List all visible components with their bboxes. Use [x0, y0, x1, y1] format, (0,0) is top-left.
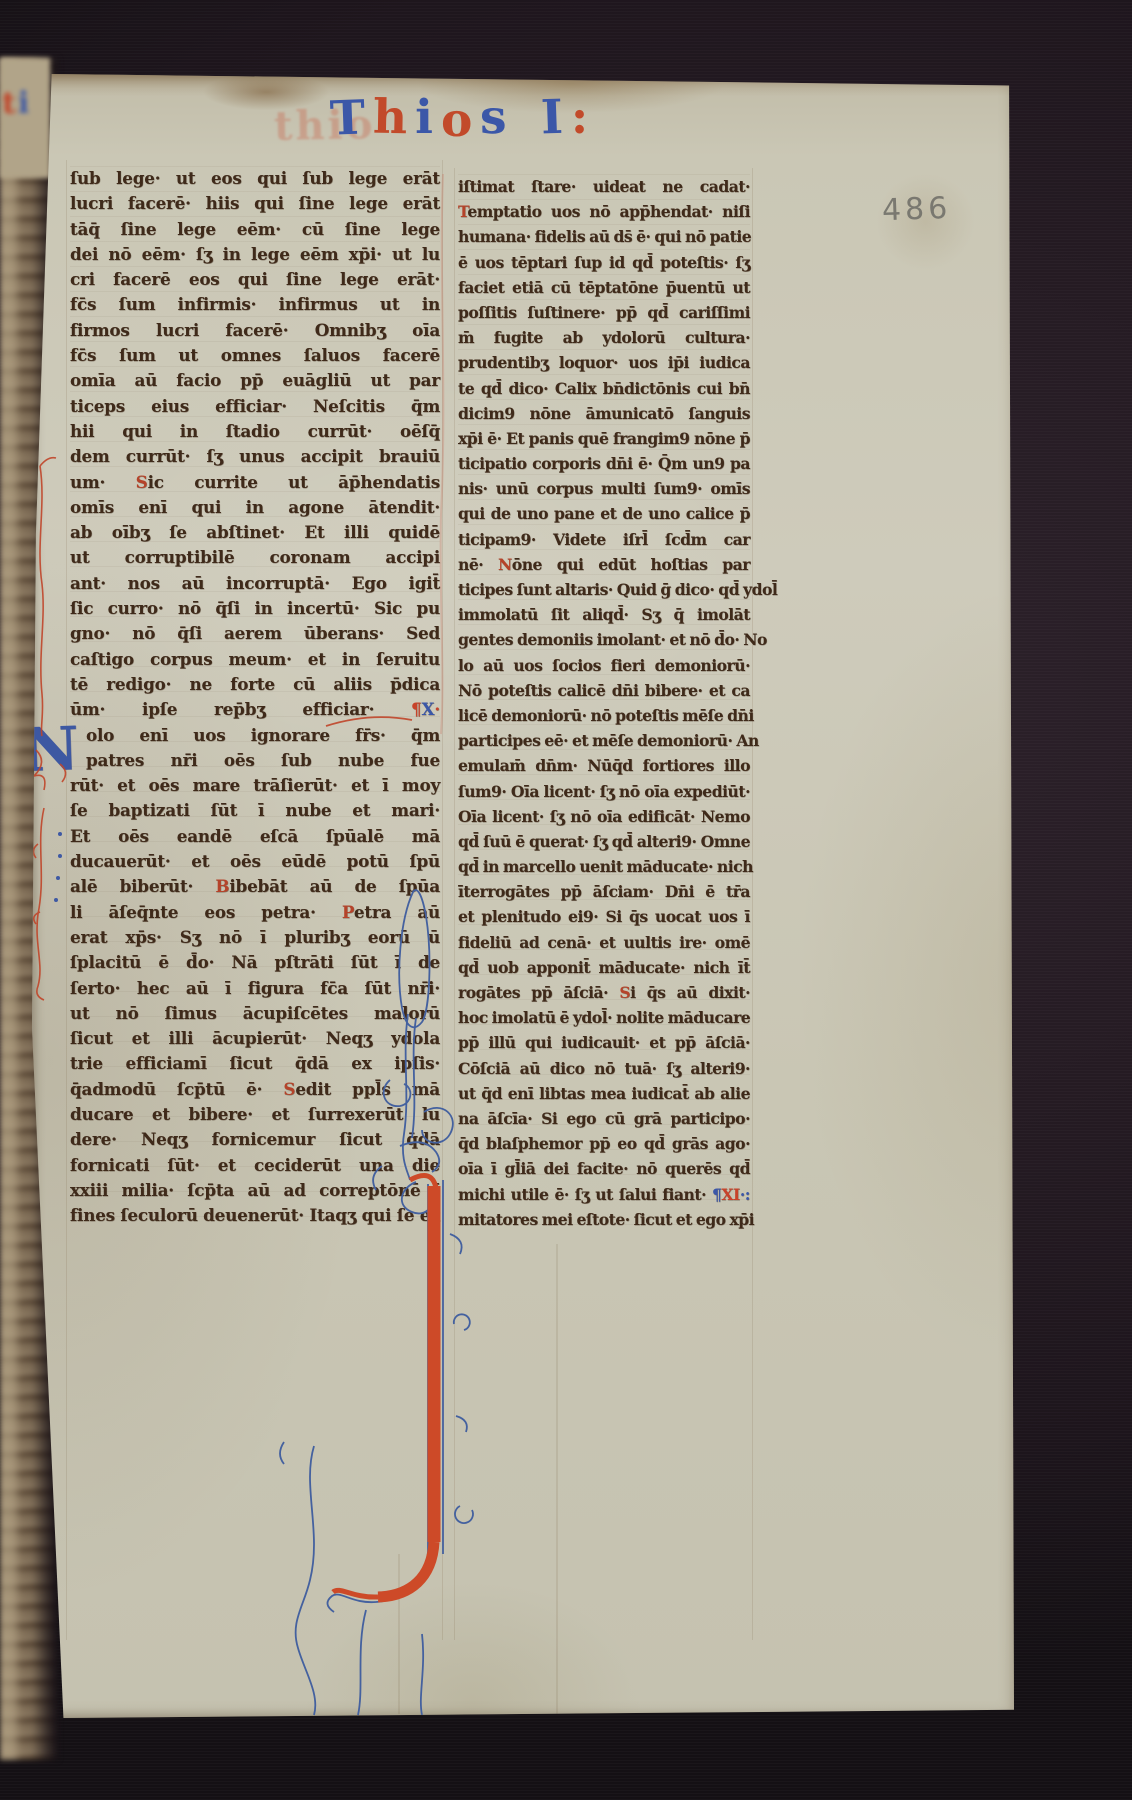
manuscript-line: ticipam9· Videte iſrl̄ ſcd̄m car: [458, 527, 750, 552]
manuscript-line: nis· unū corpus multi ſum9· omīs: [458, 476, 750, 501]
manuscript-line: immolatū ſit aliqd̄· Sʒ q̄ imolāt: [458, 602, 750, 627]
manuscript-line: alē biberūt· Bibebāt aū de ſpūa: [70, 874, 440, 899]
running-title-letter: :: [571, 90, 592, 145]
ruling-line: [442, 160, 443, 1640]
manuscript-line: rogātes pp̄ āſciā· Si q̄s aū dixit·: [458, 980, 750, 1005]
manuscript-line: fc̄s ſum infirmis· infirmus ut in: [70, 292, 440, 317]
manuscript-line: hoc imolatū ē ydol̄· nolite māducare: [458, 1005, 750, 1030]
manuscript-line: ūm· ipſe rep̄bʒ efficiar· ¶X·: [70, 697, 440, 722]
manuscript-line: ut nō ſimus ācupiſcētes malorū: [70, 1001, 440, 1026]
manuscript-line: dicim9 nōne āmunicatō ſanguis: [458, 401, 750, 426]
manuscript-line: lucri facerē· hiis qui ſine lege erāt: [70, 191, 440, 216]
manuscript-line: mitatores mei eſtote· ſicut et ego xp̄i: [458, 1207, 750, 1232]
manuscript-line: tāq̄ ſine lege eēm· cū ſine lege: [70, 217, 440, 242]
running-title-letter: h: [373, 90, 412, 146]
manuscript-photo: ti thio Thios I: 486 ſub lege· ut eos qu…: [0, 0, 1132, 1800]
manuscript-line: erat xp̄s· Sʒ nō ī pluribʒ eorū ū: [70, 925, 440, 950]
running-title-letter: i: [415, 90, 437, 145]
facing-page-rubric-blur: ti: [2, 86, 31, 121]
manuscript-line: Et oēs eandē eſcā ſpūalē mā: [70, 824, 440, 849]
text-column-right: iſtimat ſtare· uideat ne cadat·Temptatio…: [458, 174, 750, 1232]
manuscript-line: fc̄s ſum ut omnes ſaluos facerē: [70, 343, 440, 368]
manuscript-line: prudentibʒ loquor· uos ip̄i iudica: [458, 350, 750, 375]
manuscript-line: Nō poteſtis calicē dn̄i bibere· et ca: [458, 678, 750, 703]
manuscript-line: m̄ fugite ab ydolorū cultura·: [458, 325, 750, 350]
manuscript-line: caſtigo corpus meum· et in ſeruitu: [70, 647, 440, 672]
manuscript-line: ducauerūt· et oēs eūdē potū ſpū: [70, 849, 440, 874]
running-title-letter: I: [540, 90, 568, 146]
manuscript-line: fines ſeculorū deuenerūt· Itaqʒ qui ſe e…: [70, 1203, 440, 1228]
left-margin-blue-dots: [54, 832, 62, 902]
manuscript-line: ant· nos aū incorruptā· Ego igit̄: [70, 571, 440, 596]
manuscript-line: ticeps eius efficiar· Neſcitis q̄m: [70, 394, 440, 419]
manuscript-line: q̄d blaſphemor pp̄ eo qd̄ grās ago·: [458, 1131, 750, 1156]
ruling-line: [66, 160, 67, 1640]
manuscript-line: Cōſciā aū dico nō tuā· ſʒ alteri9·: [458, 1056, 750, 1081]
running-title-letter: s: [480, 90, 511, 146]
running-title: Thios I:: [330, 90, 596, 145]
manuscript-line: emulam̄ dn̄m· Nūq̄d fortiores illo: [458, 753, 750, 778]
manuscript-line: xxiii milia· ſcp̄ta aū ad correptōnē ī: [70, 1178, 440, 1203]
folio-number: 486: [881, 191, 951, 228]
running-title-letter: o: [441, 93, 476, 148]
manuscript-line: trie efficiamī ſicut q̄dā ex ipſis·: [70, 1051, 440, 1076]
ruling-line: [454, 168, 455, 1640]
manuscript-line: oīa ī gl̄iā dei facite· nō querēs qd̄: [458, 1156, 750, 1181]
manuscript-line: omīs enī qui in agone ātendit·: [70, 495, 440, 520]
text-column-left: ſub lege· ut eos qui ſub lege erātlucri …: [70, 166, 440, 1228]
manuscript-line: hii qui in ſtadio currūt· oēſq̄: [70, 419, 440, 444]
manuscript-line: qui de uno pane et de uno calice p̄: [458, 501, 750, 526]
manuscript-line: gentes demoniis imolant· et nō d̄o· No: [458, 627, 750, 652]
manuscript-line: ſum9· Oīa licent· ſʒ nō oīa expediūt·: [458, 779, 750, 804]
manuscript-line: rūt· et oēs mare trāſierūt· et ī moy: [70, 773, 440, 798]
manuscript-line: dei nō eēm· ſʒ in lege eēm xp̄i· ut lu: [70, 242, 440, 267]
manuscript-line: et plenitudo ei9· Si q̄s uocat uos ī: [458, 904, 750, 929]
manuscript-line: ducare et bibere· et ſurrexerūt lu: [70, 1102, 440, 1127]
manuscript-line: q̄admodū ſcp̄tū ē· Sedit ppl̄s mā: [70, 1077, 440, 1102]
manuscript-line: michi utile ē· ſʒ ut ſalui fiant· ¶XI·:: [458, 1182, 750, 1207]
manuscript-line: qd̄ uob apponit̄ māducate· nich īt̄: [458, 955, 750, 980]
manuscript-line: ticipes ſunt altaris· Quid ḡ dico· qd̄ y…: [458, 577, 750, 602]
manuscript-line: fornicati ſūt· et ceciderūt una die: [70, 1153, 440, 1178]
ruling-line: [752, 168, 753, 1640]
manuscript-line: faciet etiā cū tēptatōne p̄uentū ut: [458, 275, 750, 300]
manuscript-line: dere· Neqʒ fornicemur ſicut q̄dā: [70, 1127, 440, 1152]
manuscript-line: ē uos tēptari ſup id qd̄ poteſtis· ſʒ: [458, 250, 750, 275]
manuscript-line: participes eē· et mēſe demoniorū· An: [458, 728, 750, 753]
manuscript-line: ab oībʒ ſe abſtinet· Et illi quidē: [70, 520, 440, 545]
manuscript-line: te qd̄ dico· Calix bn̄dictōnis cui bn̄: [458, 376, 750, 401]
manuscript-line: dem currūt· ſʒ unus accipit brauiū: [70, 444, 440, 469]
manuscript-line: ut corruptibilē coronam accipi: [70, 545, 440, 570]
manuscript-line: ſub lege· ut eos qui ſub lege erāt: [70, 166, 440, 191]
manuscript-line: olo enī uos ignorare fr̄s· q̄m: [70, 723, 440, 748]
manuscript-line: ſic curro· nō q̄ſi in incertū· Sic pu: [70, 596, 440, 621]
parchment-crease: [556, 1244, 558, 1714]
manuscript-line: firmos lucri facerē· Omnibʒ oīa: [70, 318, 440, 343]
manuscript-line: omīa aū facio pp̄ euāgliū ut par: [70, 368, 440, 393]
manuscript-line: um· Sic currite ut āp̄hendatis: [70, 470, 440, 495]
manuscript-line: tē redigo· ne forte cū aliis p̄dica: [70, 672, 440, 697]
manuscript-line: cri facerē eos qui ſine lege erāt·: [70, 267, 440, 292]
manuscript-line: īterrogātes pp̄ āſciam· Dn̄i ē tr̄a: [458, 879, 750, 904]
gutter-red-i-initial: [333, 1176, 436, 1598]
parchment-page: thio Thios I: 486 ſub lege· ut eos qui ſ…: [30, 74, 1014, 1718]
manuscript-line: gno· nō q̄ſi aerem ūberans· Sed: [70, 621, 440, 646]
manuscript-line: licē demoniorū· nō poteſtis mēſe dn̄i: [458, 703, 750, 728]
manuscript-line: ſe baptizati ſūt ī nube et mari·: [70, 798, 440, 823]
manuscript-line: poſſitis ſuſtinere· pp̄ qd̄ cariſſimi: [458, 300, 750, 325]
manuscript-line: ſicut et illi ācupierūt· Neqʒ ydola: [70, 1026, 440, 1051]
manuscript-line: humana· fidelis aū ds̄ ē· qui nō patie: [458, 224, 750, 249]
facing-page-corner: ti: [0, 58, 50, 178]
manuscript-line: nē· Nōne qui edūt hoſtias par: [458, 552, 750, 577]
manuscript-line: Temptatio uos nō app̄hendat· niſi: [458, 199, 750, 224]
manuscript-line: iſtimat ſtare· uideat ne cadat·: [458, 174, 750, 199]
running-title-letter: T: [329, 90, 370, 146]
parchment-crease: [398, 1554, 400, 1714]
manuscript-line: ſplacitū ē d̄o· Nā pſtrāti ſūt ī de: [70, 950, 440, 975]
manuscript-line: Oīa licent· ſʒ nō oīa edificāt· Nemo: [458, 804, 750, 829]
manuscript-line: li āſeq̄nte eos petra· Petra aū: [70, 900, 440, 925]
manuscript-line: na āſcīa· Si ego cū grā participo·: [458, 1106, 750, 1131]
manuscript-line: xp̄i ē· Et panis quē frangim9 nōne p̄: [458, 426, 750, 451]
manuscript-line: lo aū uos ſocios fieri demoniorū·: [458, 653, 750, 678]
manuscript-line: patres nr̄i oēs ſub nube fue: [70, 748, 440, 773]
manuscript-line: qd̄ in marcello uenit māducate· nich: [458, 854, 750, 879]
manuscript-line: qd̄ ſuū ē querat· ſʒ qd̄ alteri9· Omne: [458, 829, 750, 854]
manuscript-line: fideliū ad cenā· et uultis ire· omē: [458, 930, 750, 955]
manuscript-line: ticipatio corporis dn̄i ē· Q̄m un9 pa: [458, 451, 750, 476]
manuscript-line: pp̄ illū qui iudicauit· et pp̄ āſciā·: [458, 1030, 750, 1055]
manuscript-line: ſerto· hec aū ī figura fc̄a ſūt nr̄i·: [70, 976, 440, 1001]
manuscript-line: ut q̄d enī libtas mea iudicat̄ ab alie: [458, 1081, 750, 1106]
